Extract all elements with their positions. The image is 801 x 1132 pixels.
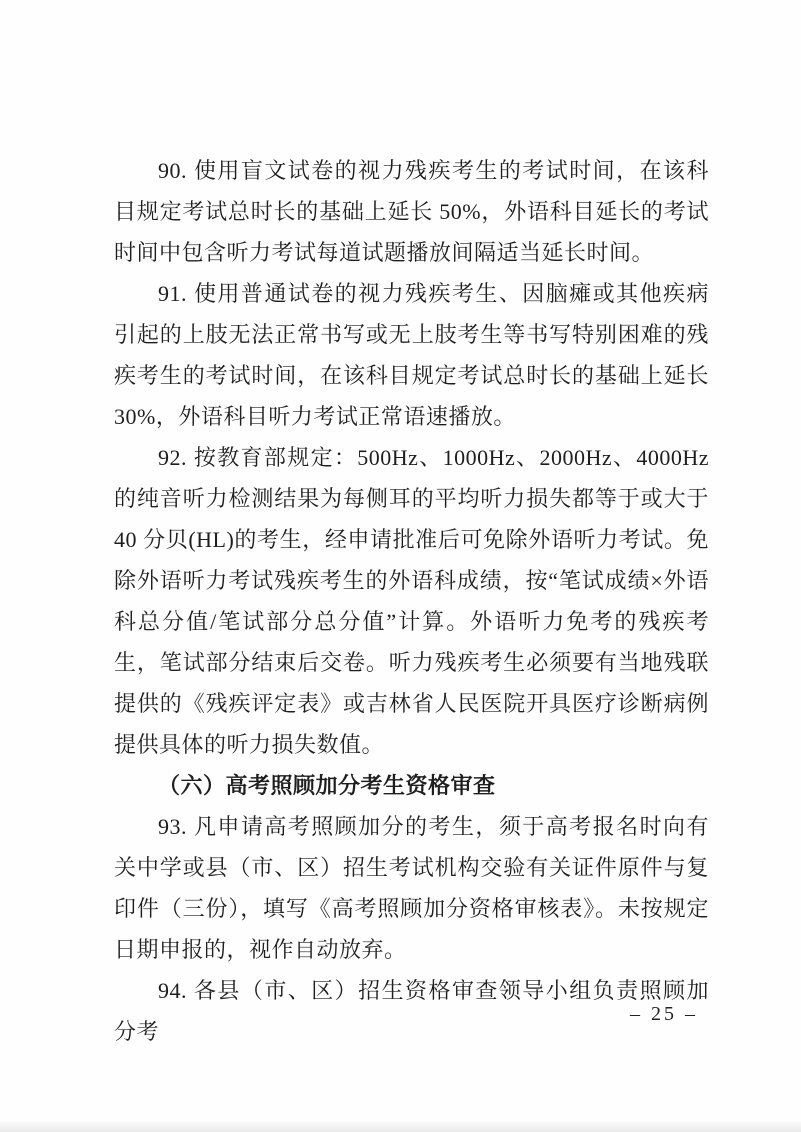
document-page: 90. 使用盲文试卷的视力残疾考生的考试时间，在该科目规定考试总时长的基础上延长… [0, 0, 801, 1132]
paragraph-90: 90. 使用盲文试卷的视力残疾考生的考试时间，在该科目规定考试总时长的基础上延长… [114, 150, 709, 273]
document-body: 90. 使用盲文试卷的视力残疾考生的考试时间，在该科目规定考试总时长的基础上延长… [114, 150, 709, 1052]
paragraph-91: 91. 使用普通试卷的视力残疾考生、因脑瘫或其他疾病引起的上肢无法正常书写或无上… [114, 273, 709, 437]
paragraph-92: 92. 按教育部规定：500Hz、1000Hz、2000Hz、4000Hz 的纯… [114, 437, 709, 765]
section-heading-6: （六）高考照顾加分考生资格审查 [114, 765, 709, 806]
paragraph-93: 93. 凡申请高考照顾加分的考生，须于高考报名时向有关中学或县（市、区）招生考试… [114, 806, 709, 970]
page-number: – 25 – [0, 1003, 801, 1026]
